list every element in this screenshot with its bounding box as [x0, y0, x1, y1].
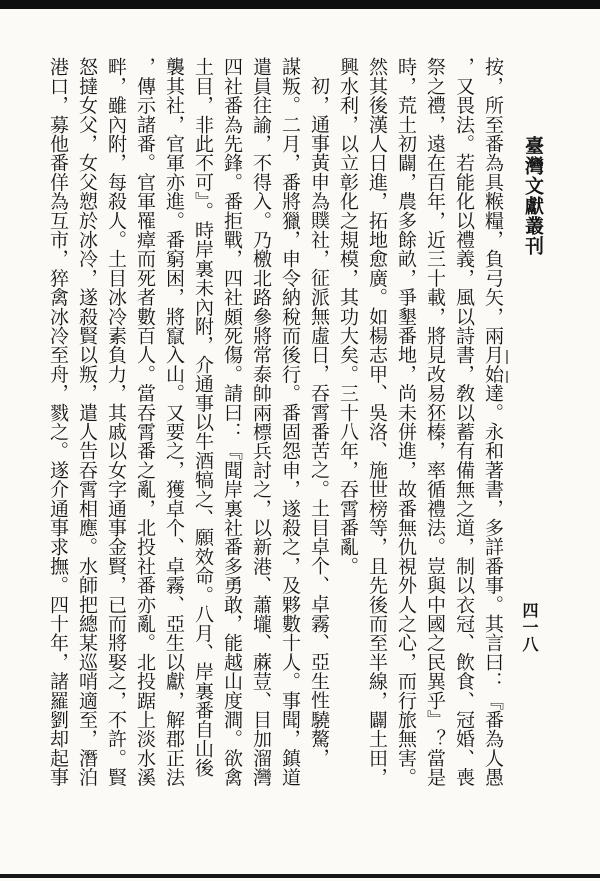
text-column: 時，荒土初闢，農多餘畝，爭墾番地，尚未併進，故番無仇視外人之心，而行旅無害。	[391, 57, 420, 793]
text-column: 謀叛。二月，番將獵，申令納稅而後行。番固怨申，遂殺之，及夥數十人。事聞，鎮道	[275, 57, 304, 793]
text-column: 港口，募他番佯為互市，猝禽冰冷至舟，戮之。遂介通事求撫。四十年，諸羅劉却起事	[43, 57, 72, 793]
text-column: 襲其社，官軍亦進。番窮困，將竄入山。又要之，獲卓个、卓霧、亞生以獻，解郡正法	[159, 57, 188, 793]
ink-speck	[506, 371, 508, 383]
text-column: 初，通事黃申為贌社，征派無虛日，吞霄番苦之。土目卓个、卓霧、亞生性驍驁，	[304, 57, 333, 793]
scan-edge-top	[0, 0, 600, 9]
collection-title: 臺灣文獻叢刊	[519, 136, 546, 256]
page-number: 四一八	[517, 602, 540, 653]
text-column: 然其後漢人日進，拓地愈廣。如楊志甲、吳洛、施世榜等，且先後而至半線，闢土田，	[362, 57, 391, 793]
text-column: 祭之禮，遠在百年，近三十載，將見改易狉榛，率循禮法。豈與中國之民異乎』？當是	[420, 57, 449, 793]
text-column: ，傳示諸番。官軍罹瘴而死者數百人。當吞霄番之亂，北投社番亦亂。北投踞上淡水溪	[130, 57, 159, 793]
book-page: 臺灣文獻叢刊 四一八 按，所至番為具糇糧，負弓矢，兩月始達。永和著書，多詳番事。…	[0, 0, 600, 881]
text-column: 怒撻女父，女父愬於冰冷，遂殺賢以叛，遣人告吞霄相應。水師把總某巡哨適至，潛泊	[72, 57, 101, 793]
text-column: ，又畏法。若能化以禮義，風以詩書，敎以蓄有備無之道，制以衣冠、飲食、冠婚、喪	[449, 57, 478, 793]
text-column: 遣員往諭，不得入。乃檄北路參將常泰帥兩標兵討之，以新港、蕭壠、蔴荳、目加溜灣	[246, 57, 275, 793]
ink-speck	[506, 350, 508, 364]
scan-edge-bottom	[0, 874, 600, 878]
text-column: 土目，非此不可』。時岸裏未內附，介通事以牛酒犒之、願效命。八月、岸裏番自山後	[188, 57, 217, 793]
text-column: 興水利，以立彰化之規模，其功大矣。三十八年，吞霄番亂。	[333, 57, 362, 793]
text-block: 按，所至番為具糇糧，負弓矢，兩月始達。永和著書，多詳番事。其言曰：『番為人愚 ，…	[43, 57, 507, 797]
text-column: 畔，雖內附，每殺人。土目冰冷素負力，其戚以女字通事金賢，已而將娶之，不許。賢	[101, 57, 130, 793]
text-column: 四社番為先鋒。番拒戰，四社頗死傷。請曰：『聞岸裏社番多勇敢，能越山度澗。欲禽	[217, 57, 246, 793]
text-column: 按，所至番為具糇糧，負弓矢，兩月始達。永和著書，多詳番事。其言曰：『番為人愚	[478, 57, 507, 793]
